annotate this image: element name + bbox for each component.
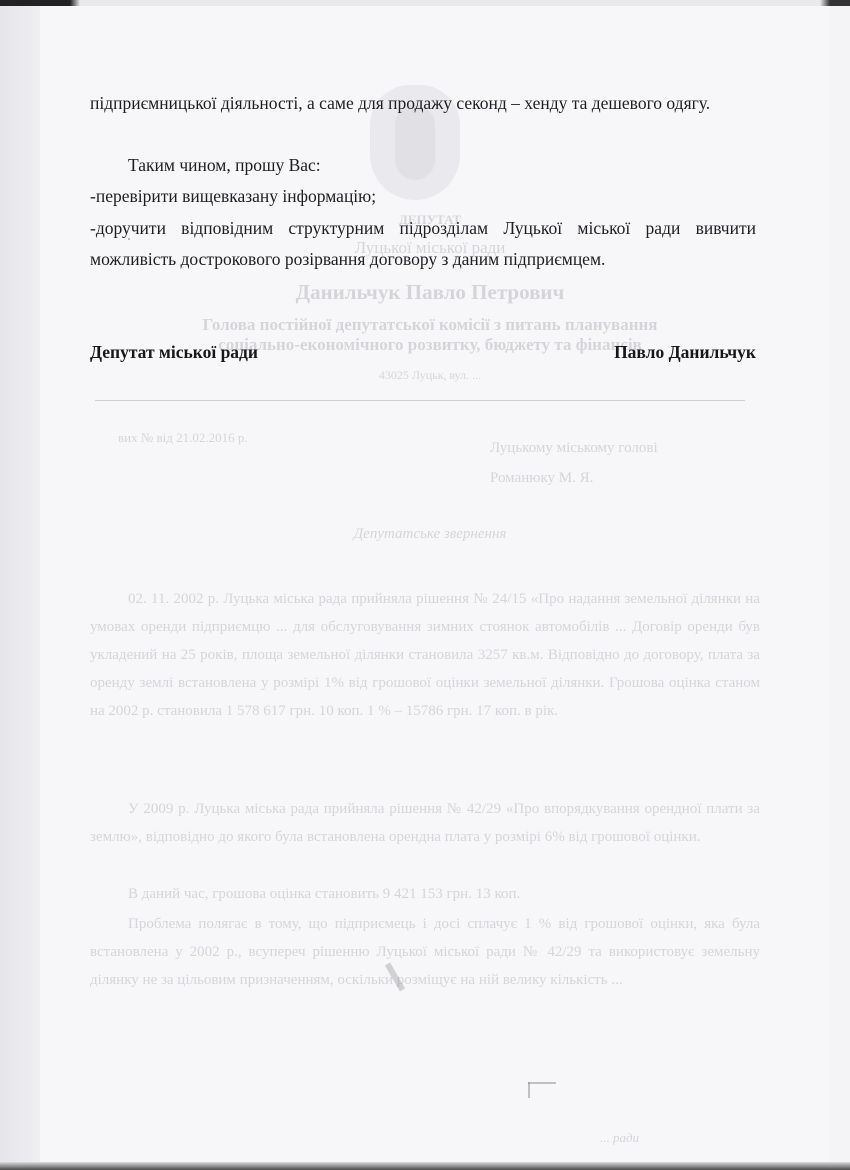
- ghost-header-sub1: Голова постійної депутатської комісії з …: [100, 315, 760, 335]
- ghost-address: 43025 Луцьк, вул. ...: [100, 368, 760, 383]
- ghost-ref: вих № від 21.02.2016 р.: [118, 430, 248, 446]
- ghost-addressee2: Романюку М. Я.: [490, 470, 593, 487]
- ghost-divider: [95, 400, 745, 401]
- scan-speck: [128, 238, 130, 240]
- ghost-body-p3: В даний час, грошова оцінка становить 9 …: [90, 880, 760, 908]
- ghost-body-p2: У 2009 р. Луцька міська рада прийняла рі…: [90, 795, 760, 851]
- paragraph-continuation: підприємницької діяльності, а саме для п…: [90, 88, 756, 119]
- scan-edge-top: [0, 0, 850, 6]
- ghost-body-p4: Проблема полягає в тому, що підприємець …: [90, 910, 760, 994]
- ghost-header-name: Данильчук Павло Петрович: [100, 280, 760, 305]
- paragraph-request-intro: Таким чином, прошу Вас:: [90, 150, 756, 181]
- scan-edge-bottom: [0, 1162, 850, 1170]
- signature-block: Депутат міської ради Павло Данильчук: [90, 342, 756, 363]
- ghost-footer: ... ради: [600, 1130, 639, 1146]
- signatory-position: Депутат міської ради: [90, 342, 258, 363]
- signatory-name: Павло Данильчук: [614, 342, 756, 363]
- ghost-title: Депутатське звернення: [100, 526, 760, 543]
- ghost-body-p1: 02. 11. 2002 р. Луцька міська рада прийн…: [90, 585, 760, 725]
- request-item-instruct: -доручити відповідним структурним підроз…: [90, 213, 756, 275]
- ghost-addressee1: Луцькому міському голові: [490, 440, 658, 457]
- scan-corner-mark-h: [528, 1082, 556, 1084]
- scan-corner-mark: [528, 1082, 530, 1098]
- request-item-verify: -перевірити вищевказану інформацію;: [90, 181, 756, 212]
